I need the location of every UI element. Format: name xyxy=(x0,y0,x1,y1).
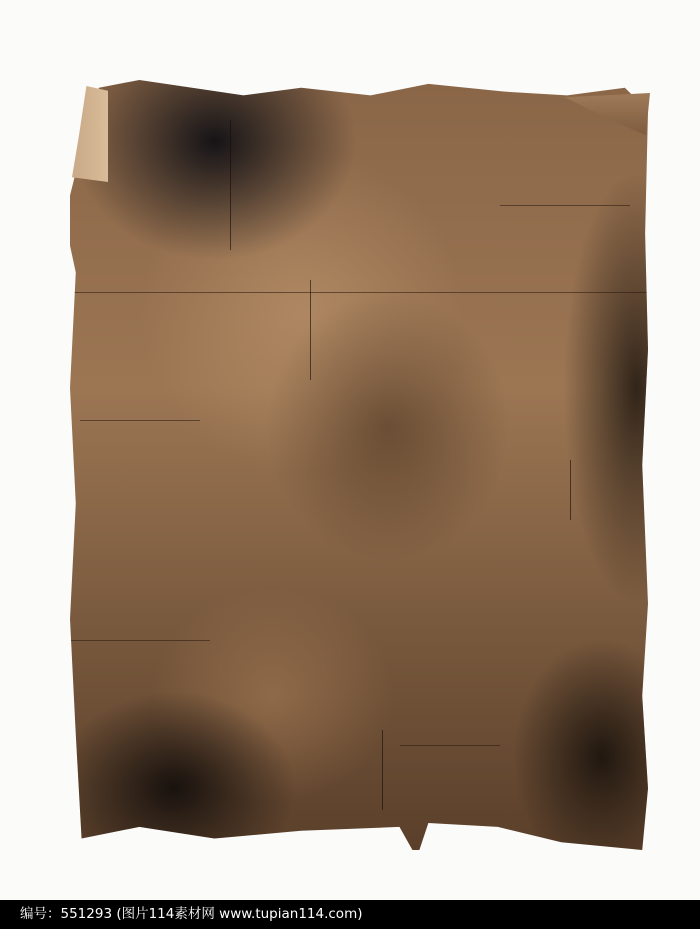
fold-crease xyxy=(70,292,648,293)
caption-bar: 编号：551293 (图片114素材网 www.tupian114.com) xyxy=(0,900,700,929)
caption-text: 编号：551293 (图片114素材网 www.tupian114.com) xyxy=(20,905,362,923)
crack-line xyxy=(230,120,231,250)
burnt-paper xyxy=(70,80,648,850)
crack-line xyxy=(400,745,500,746)
crack-line xyxy=(70,640,210,641)
crack-line xyxy=(382,730,383,810)
crack-line xyxy=(80,420,200,421)
curled-corner-left xyxy=(72,86,108,182)
crack-line xyxy=(570,460,571,520)
crack-line xyxy=(310,280,311,380)
photo xyxy=(0,0,700,900)
crack-line xyxy=(500,205,630,206)
